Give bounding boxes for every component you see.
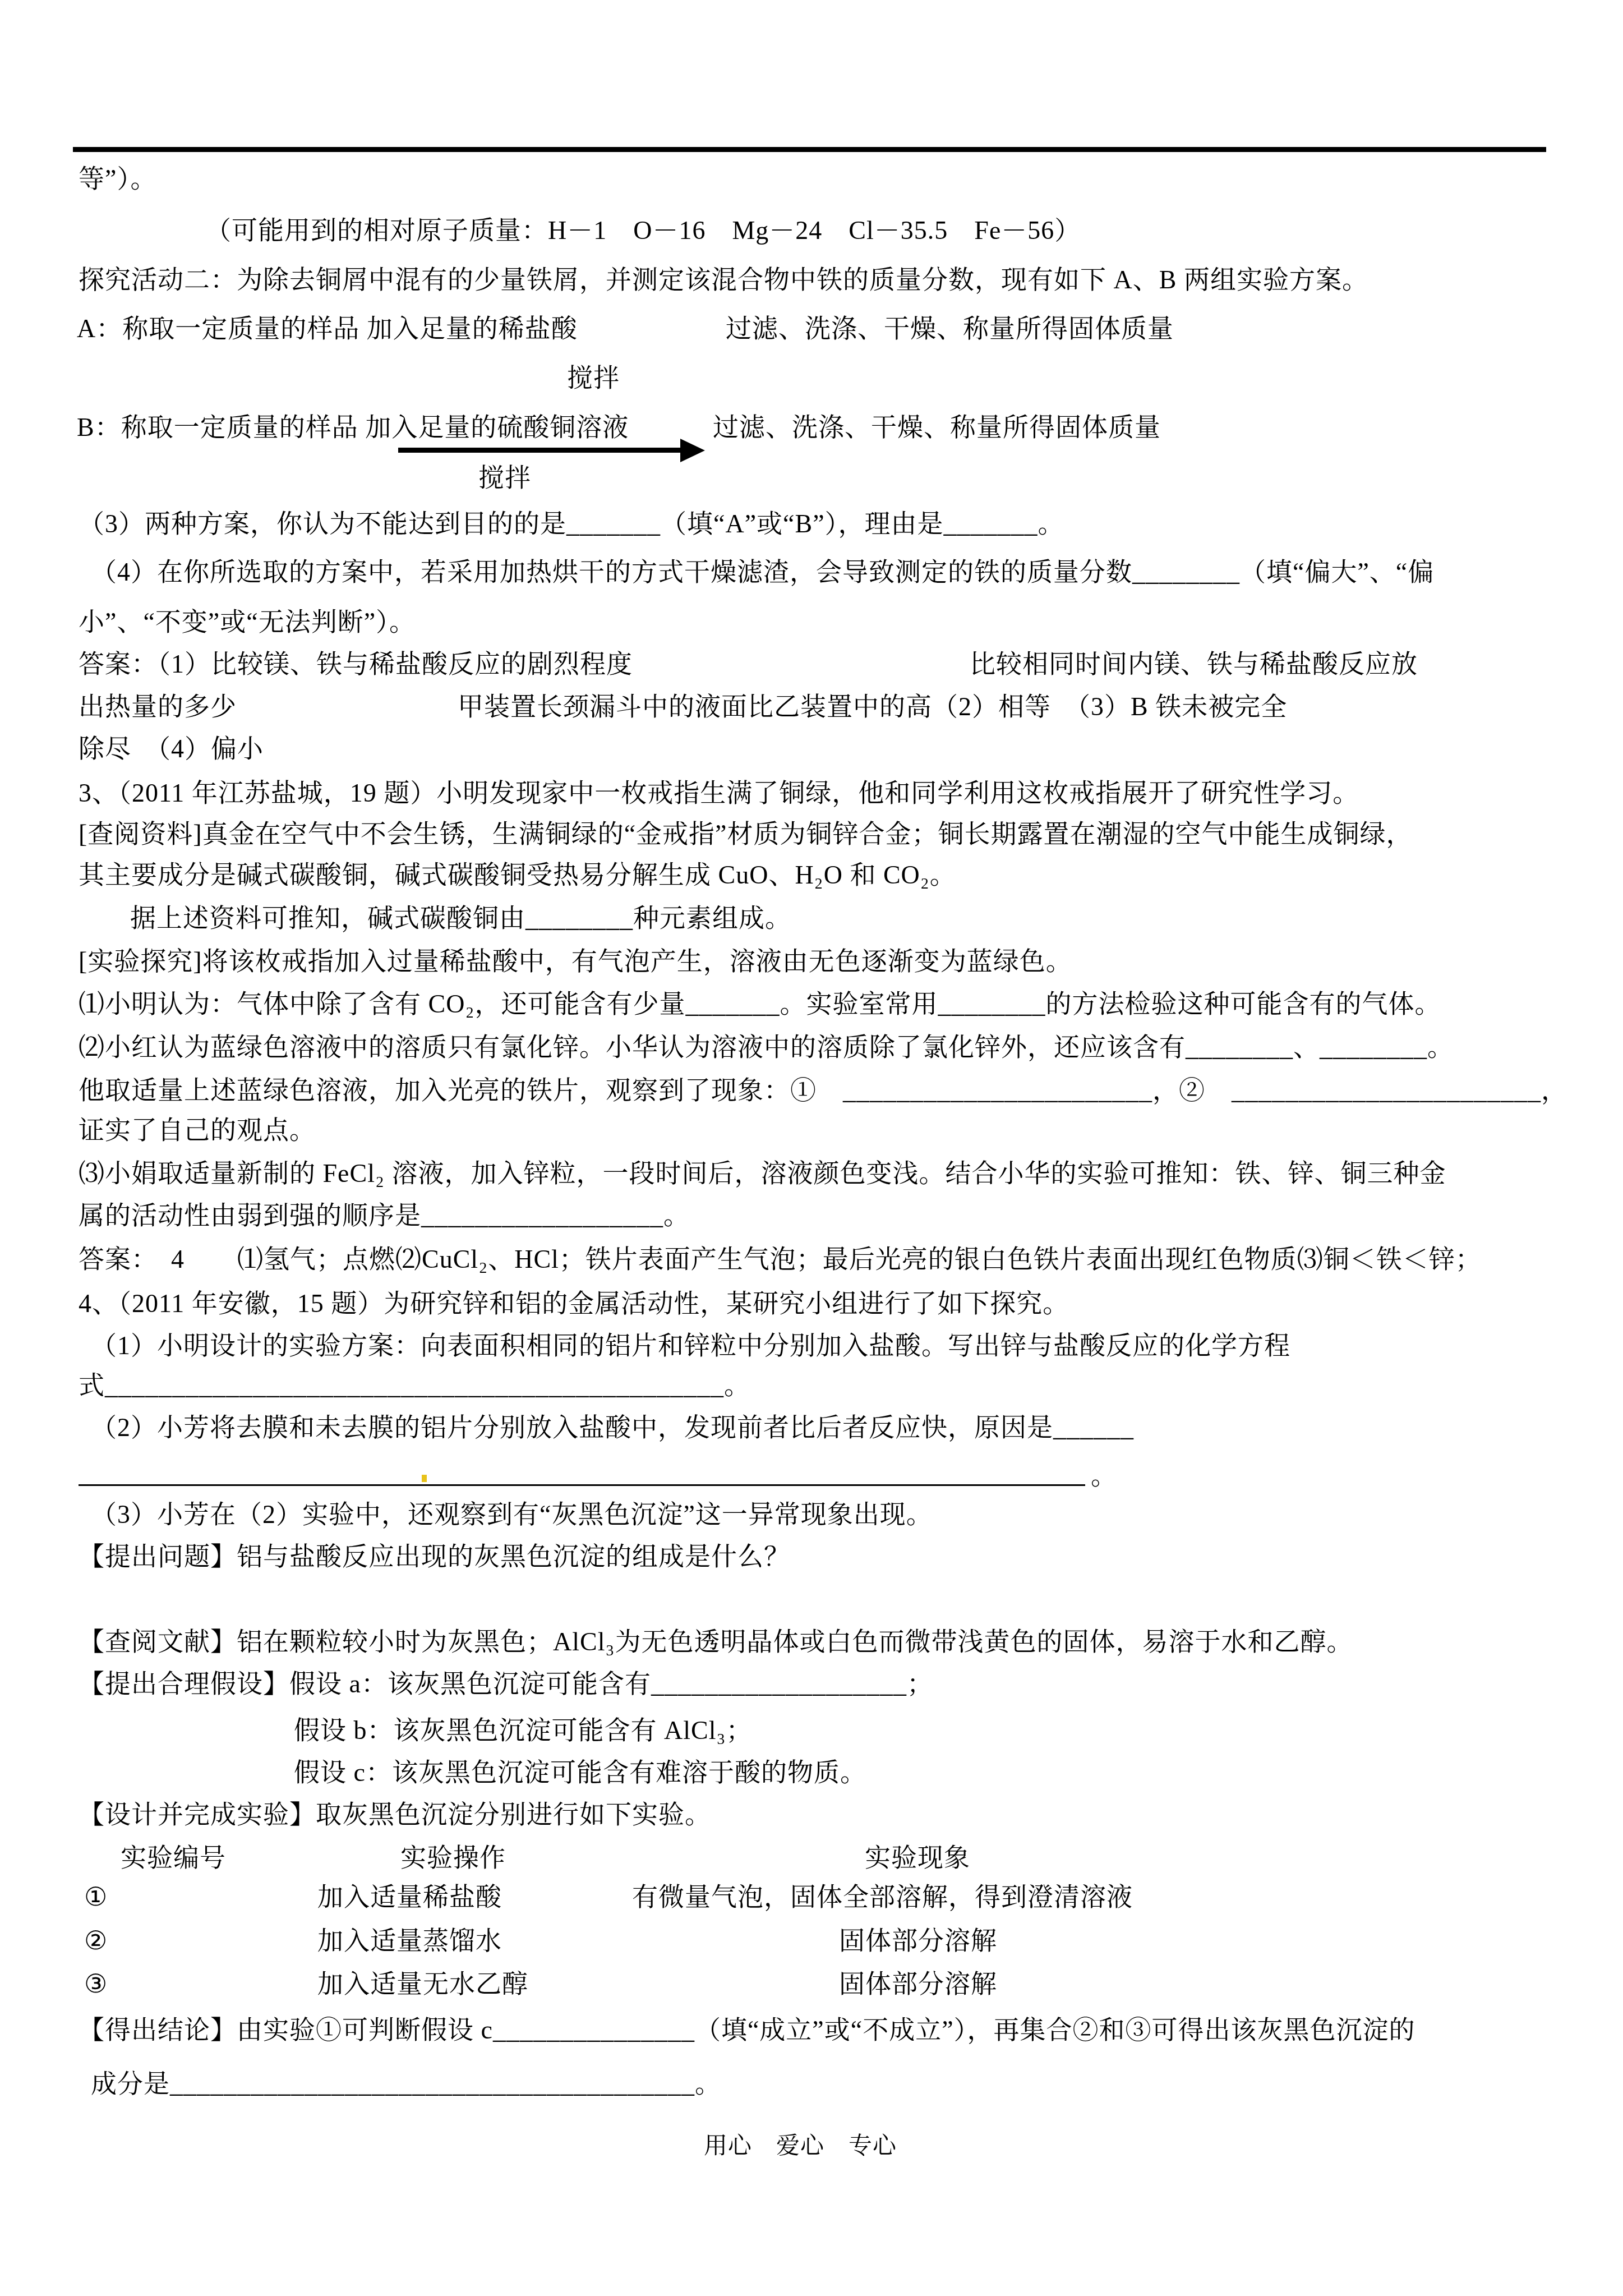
table-row-no: ③ <box>84 1968 108 2000</box>
question3-sub2b: 他取适量上述蓝绿色溶液，加入光亮的铁片，观察到了现象：① ___________… <box>79 1074 1567 1107</box>
conclusion-line2: 成分是_____________________________________… <box>91 2068 721 2100</box>
question3-sub1: ⑴小明认为：气体中除了含有 CO₂，还可能含有少量_______。实验室常用__… <box>79 988 1441 1020</box>
question4-sub1: （1）小明设计的实验方案：向表面积相同的铝片和锌粒中分别加入盐酸。写出锌与盐酸反… <box>91 1329 1290 1362</box>
reaction-arrow <box>398 448 681 453</box>
hypothesis-b: 假设 b：该灰黑色沉淀可能含有 AlCl₃； <box>294 1714 753 1747</box>
scheme-a-stir-label: 搅拌 <box>567 362 620 394</box>
hypothesis-a: 【提出合理假设】假设 a：该灰黑色沉淀可能含有_________________… <box>79 1668 933 1700</box>
question4-sub1b: 式_______________________________________… <box>79 1369 750 1402</box>
answer2-part1: 答案：（1）比较镁、铁与稀盐酸反应的剧烈程度 <box>79 648 633 680</box>
scheme-b-main: B：称取一定质量的样品 加入足量的硫酸铜溶液 <box>77 411 629 444</box>
question4-sub2: （2）小芳将去膜和未去膜的铝片分别放入盐酸中，发现前者比后者反应快，原因是___… <box>91 1411 1134 1444</box>
answer3-line: 答案： 4 ⑴氢气；点燃⑵CuCl₂、HCl；铁片表面产生气泡；最后光亮的银白色… <box>79 1243 1482 1276</box>
question3-sub2c: 证实了自己的观点。 <box>79 1114 316 1147</box>
top-divider <box>73 147 1546 152</box>
question4-title: 4、（2011 年安徽，15 题）为研究锌和铝的金属活动性，某研究小组进行了如下… <box>79 1287 1069 1320</box>
design-experiment-line: 【设计并完成实验】取灰黑色沉淀分别进行如下实验。 <box>79 1798 711 1831</box>
conclusion-line1: 【得出结论】由实验①可判断假设 c_______________（填“成立”或“… <box>79 2014 1415 2046</box>
scheme-a-main: A：称取一定质量的样品 加入足量的稀盐酸 <box>77 312 578 345</box>
scheme-b-stir-label: 搅拌 <box>478 462 531 494</box>
line-activity2-intro: 探究活动二：为除去铜屑中混有的少量铁屑，并测定该混合物中铁的质量分数，现有如下 … <box>79 264 1368 296</box>
table-row-phenomenon: 有微量气泡，固体全部溶解，得到澄清溶液 <box>632 1881 1133 1913</box>
scheme-b-steps: 过滤、洗涤、干燥、称量所得固体质量 <box>713 411 1161 444</box>
question3-title: 3、（2011 年江苏盐城，19 题）小明发现家中一枚戒指生满了铜绿，他和同学利… <box>79 777 1359 809</box>
answer2-part3: 出热量的多少 <box>79 691 237 723</box>
line-closing: 等”）。 <box>79 163 156 195</box>
propose-question: 【提出问题】铝与盐酸反应出现的灰黑色沉淀的组成是什么？ <box>79 1540 790 1573</box>
table-row-phenomenon: 固体部分溶解 <box>839 1925 997 1957</box>
table-header-phenomenon: 实验现象 <box>865 1842 970 1874</box>
scheme-a-steps: 过滤、洗涤、干燥、称量所得固体质量 <box>726 312 1174 345</box>
question3-blank-line: （3）两种方案，你认为不能达到目的的是_______（填“A”或“B”），理由是… <box>79 508 1064 540</box>
question3-deduce: 据上述资料可推知，碱式碳酸铜由________种元素组成。 <box>130 902 791 935</box>
worksheet-page: { "page": { "width": 2894, "height": 409… <box>0 0 1623 2296</box>
table-row-no: ① <box>84 1881 108 1913</box>
table-row-operation: 加入适量蒸馏水 <box>317 1925 502 1957</box>
question3-reference2: 其主要成分是碱式碳酸铜，碱式碳酸铜受热易分解生成 CuO、H₂O 和 CO₂。 <box>79 859 956 891</box>
question3-sub3b: 属的活动性由弱到强的顺序是__________________。 <box>79 1199 690 1232</box>
page-footer: 用心 爱心 专心 <box>704 2132 897 2161</box>
table-header-no: 实验编号 <box>121 1842 226 1874</box>
answer-blank-period: 。 <box>1091 1460 1117 1492</box>
question3-reference1: [查阅资料]真金在空气中不会生锈，生满铜绿的“金戒指”材质为铜锌合金；铜长期露置… <box>79 818 1412 850</box>
answer2-part5: 除尽 （4）偏小 <box>79 733 264 765</box>
table-header-operation: 实验操作 <box>400 1842 506 1874</box>
table-row-operation: 加入适量无水乙醇 <box>317 1968 528 2000</box>
question3-sub3: ⑶小娟取适量新制的 FeCl₂ 溶液，加入锌粒，一段时间后，溶液颜色变浅。结合小… <box>79 1157 1446 1190</box>
question4-line2: 小”、“不变”或“无法判断”）。 <box>79 606 416 638</box>
question4-line1: （4）在你所选取的方案中，若采用加热烘干的方式干燥滤渣，会导致测定的铁的质量分数… <box>91 556 1434 588</box>
question3-sub2: ⑵小红认为蓝绿色溶液中的溶质只有氯化锌。小华认为溶液中的溶质除了氯化锌外，还应该… <box>79 1031 1454 1064</box>
line-atomic-masses: （可能用到的相对原子质量：H－1 O－16 Mg－24 Cl－35.5 Fe－5… <box>205 214 1081 247</box>
table-row-operation: 加入适量稀盐酸 <box>317 1881 502 1913</box>
answer2-part4: 甲装置长颈漏斗中的液面比乙装置中的高（2）相等 （3）B 铁未被完全 <box>458 691 1287 723</box>
question4-sub3: （3）小芳在（2）实验中，还观察到有“灰黑色沉淀”这一异常现象出现。 <box>91 1498 933 1531</box>
literature-line: 【查阅文献】铝在颗粒较小时为灰黑色；AlCl₃为无色透明晶体或白色而微带浅黄色的… <box>79 1626 1353 1658</box>
answer2-part2: 比较相同时间内镁、铁与稀盐酸反应放 <box>970 648 1418 680</box>
table-row-no: ② <box>84 1925 108 1957</box>
question3-explore: [实验探究]将该枚戒指加入过量稀盐酸中，有气泡产生，溶液由无色逐渐变为蓝绿色。 <box>79 945 1072 978</box>
table-row-phenomenon: 固体部分溶解 <box>839 1968 997 2000</box>
highlight-artifact <box>422 1475 427 1482</box>
reaction-arrow-head <box>680 439 705 462</box>
answer-blank-line <box>79 1484 1085 1486</box>
hypothesis-c: 假设 c：该灰黑色沉淀可能含有难溶于酸的物质。 <box>294 1756 866 1789</box>
